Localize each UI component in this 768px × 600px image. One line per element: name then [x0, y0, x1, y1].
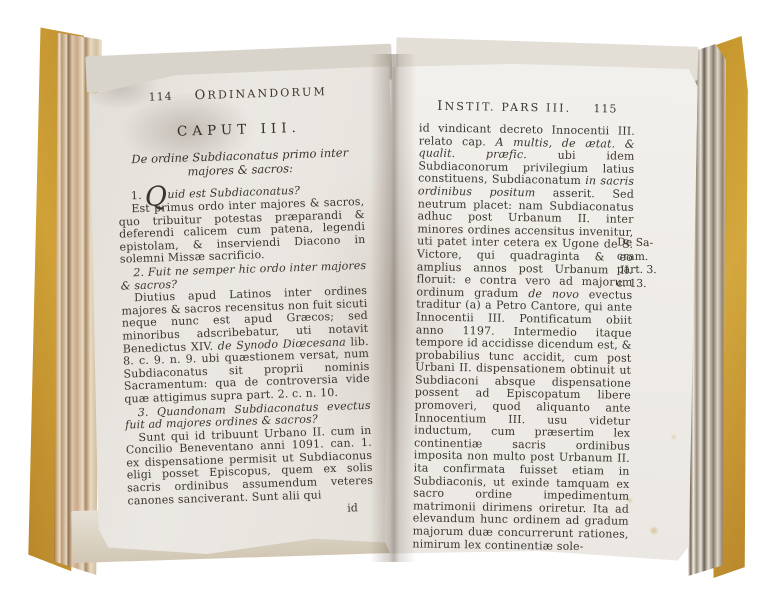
- text-run: Est primus ordo inter majores & sacros, …: [119, 195, 366, 266]
- margin-note-line: part. 3.: [617, 263, 683, 278]
- text-run: Sunt qui id tribuunt Urbano II. cum in C…: [126, 424, 373, 508]
- right-page-header: INSTIT. PARS III. 115: [419, 98, 635, 116]
- left-text-column: 1.Quid est Subdiaconatus?Est primus ordo…: [118, 183, 374, 508]
- margin-note-line: c. 13.: [616, 276, 682, 291]
- page-number: 114: [148, 90, 172, 104]
- margin-note-line: cram.: [617, 249, 683, 264]
- chapter-heading: CAPUT III.: [116, 118, 362, 142]
- margin-note-line: De Sa-: [617, 236, 683, 251]
- text-run: asserit. Sed neutrum placet: nam Subdiac…: [416, 186, 634, 300]
- running-title: INSTIT. PARS III.: [437, 99, 572, 116]
- text-run: evectus traditur (a) a Petro Cantore, qu…: [412, 288, 632, 553]
- page-number: 115: [593, 102, 617, 115]
- body-paragraph: id vindicant decreto Innocentii III. rel…: [412, 122, 635, 554]
- chapter-subtitle: De ordine Subdiaconatus primo inter majo…: [117, 145, 364, 181]
- margin-note: De Sa-cram.part. 3.c. 13.: [616, 236, 683, 291]
- book-photo: 114 ORDINANDORUM CAPUT III. De ordine Su…: [0, 0, 768, 600]
- right-text-column: id vindicant decreto Innocentii III. rel…: [412, 122, 635, 554]
- left-page: 114 ORDINANDORUM CAPUT III. De ordine Su…: [84, 66, 407, 557]
- footnote: (a) Lib. de verb. mirif.: [412, 572, 628, 587]
- left-page-header: 114 ORDINANDORUM: [115, 83, 361, 106]
- question-number: 1.: [131, 189, 142, 202]
- running-title: ORDINANDORUM: [194, 84, 327, 103]
- catchword: mnius: [412, 552, 628, 568]
- body-paragraph: Diutius apud Latinos inter ordines major…: [121, 285, 370, 406]
- body-paragraph: Est primus ordo inter majores & sacros, …: [118, 196, 366, 267]
- body-paragraph: Sunt qui id tribuunt Urbano II. cum in C…: [125, 425, 373, 508]
- right-page: INSTIT. PARS III. 115 id vindicant decre…: [384, 62, 698, 561]
